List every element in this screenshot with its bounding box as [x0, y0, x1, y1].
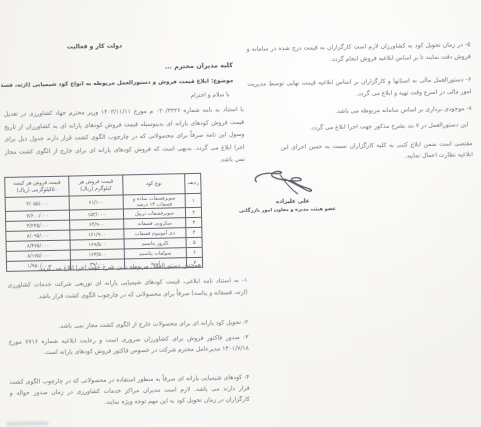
- header-row-number: ردیف: [185, 173, 202, 193]
- addressee-line: کلیه مدیران محترم ...: [165, 61, 233, 70]
- header-fertilizer-type: نوع کود: [123, 174, 185, 195]
- header-price-per-bag: قیمت فروش هر کیسه ۵۰کیلوگرمی (ریال): [5, 176, 69, 197]
- cell-price-per-kg: ۶۱/۱۰۰: [69, 195, 123, 210]
- header-price-per-kg: قیمت فروش هر کیلوگرم (ریال): [69, 175, 123, 196]
- letter-page-1: دولت کار و فعالیت کلیه مدیران محترم ... …: [0, 0, 244, 5]
- clause-3: ۳- صدور فاکتور فروش برای کشاورزان ضروری …: [9, 333, 249, 360]
- scan-watermark-smudge: [6, 421, 48, 426]
- clause-2: ۲- تحویل کود یارانه ای برای محصولات خارج…: [8, 317, 248, 335]
- cell-row-number: ۶: [186, 247, 203, 257]
- cell-row-number: ۲: [185, 207, 202, 217]
- clause-1: ۱- به استناد نامه ابلاغی، قیمت کودهای شی…: [7, 275, 247, 303]
- handwritten-signature-icon: [250, 166, 335, 198]
- scanned-letter-paper: دولت کار و فعالیت کلیه مدیران محترم ... …: [0, 0, 481, 427]
- signatory-title: عضو هیئت مدیره و معاون امور بازرگانی: [250, 206, 336, 214]
- subject-line: موضوع: ابلاغ قیمت فروش و دستورالعمل مربو…: [1, 78, 233, 89]
- cell-fertilizer-type: سوپرفسفات ساده و فسفات ۱۳ درصد: [123, 194, 185, 209]
- cell-row-number: ۴: [186, 227, 203, 237]
- closing-instruction: مقتضی است ضمن ابلاغ کتبی به کلیه کارگزار…: [281, 138, 473, 164]
- signatory-name: علی علیزاده: [250, 198, 336, 206]
- fertilizer-price-table: ردیف نوع کود قیمت فروش هر کیلوگرم (ریال)…: [4, 173, 203, 272]
- cell-row-number: ۳: [186, 217, 203, 227]
- cell-row-number: ۱: [185, 193, 202, 207]
- clause-6: ۶- دستورالعمل مالی به استانها و کارگزارا…: [247, 74, 471, 102]
- letter-content: دولت کار و فعالیت کلیه مدیران محترم ... …: [0, 0, 481, 427]
- clause-4: ۴- کودهای شیمیایی یارانه ای صرفاً به منظ…: [9, 372, 250, 411]
- clause-7: ۷- موجودی برداری بر اساس سامانه مربوطه م…: [248, 103, 472, 120]
- letterhead-slogan: دولت کار و فعالیت: [54, 42, 134, 51]
- signature-block: علی علیزاده عضو هیئت مدیره و معاون امور …: [249, 166, 336, 214]
- cell-row-number: ۵: [186, 237, 203, 247]
- cell-price-per-bag: ۳/۰۵۵/۰۰۰: [5, 196, 69, 211]
- salutation-line: با سلام و احترام: [190, 92, 229, 99]
- closing-statement: این دستورالعمل در ۷ بند بشرح مذکور جهت ا…: [310, 121, 469, 131]
- clause-5: ۵- در زمان تحویل کود به کشاورزان لازم اس…: [246, 39, 470, 67]
- intro-paragraph: با استناد به نامه شماره ۰۲۰/۳۳۲۶ م مورخ …: [4, 104, 245, 172]
- price-table-body: ۱سوپرفسفات ساده و فسفات ۱۳ درصد۶۱/۱۰۰۳/۰…: [5, 193, 203, 271]
